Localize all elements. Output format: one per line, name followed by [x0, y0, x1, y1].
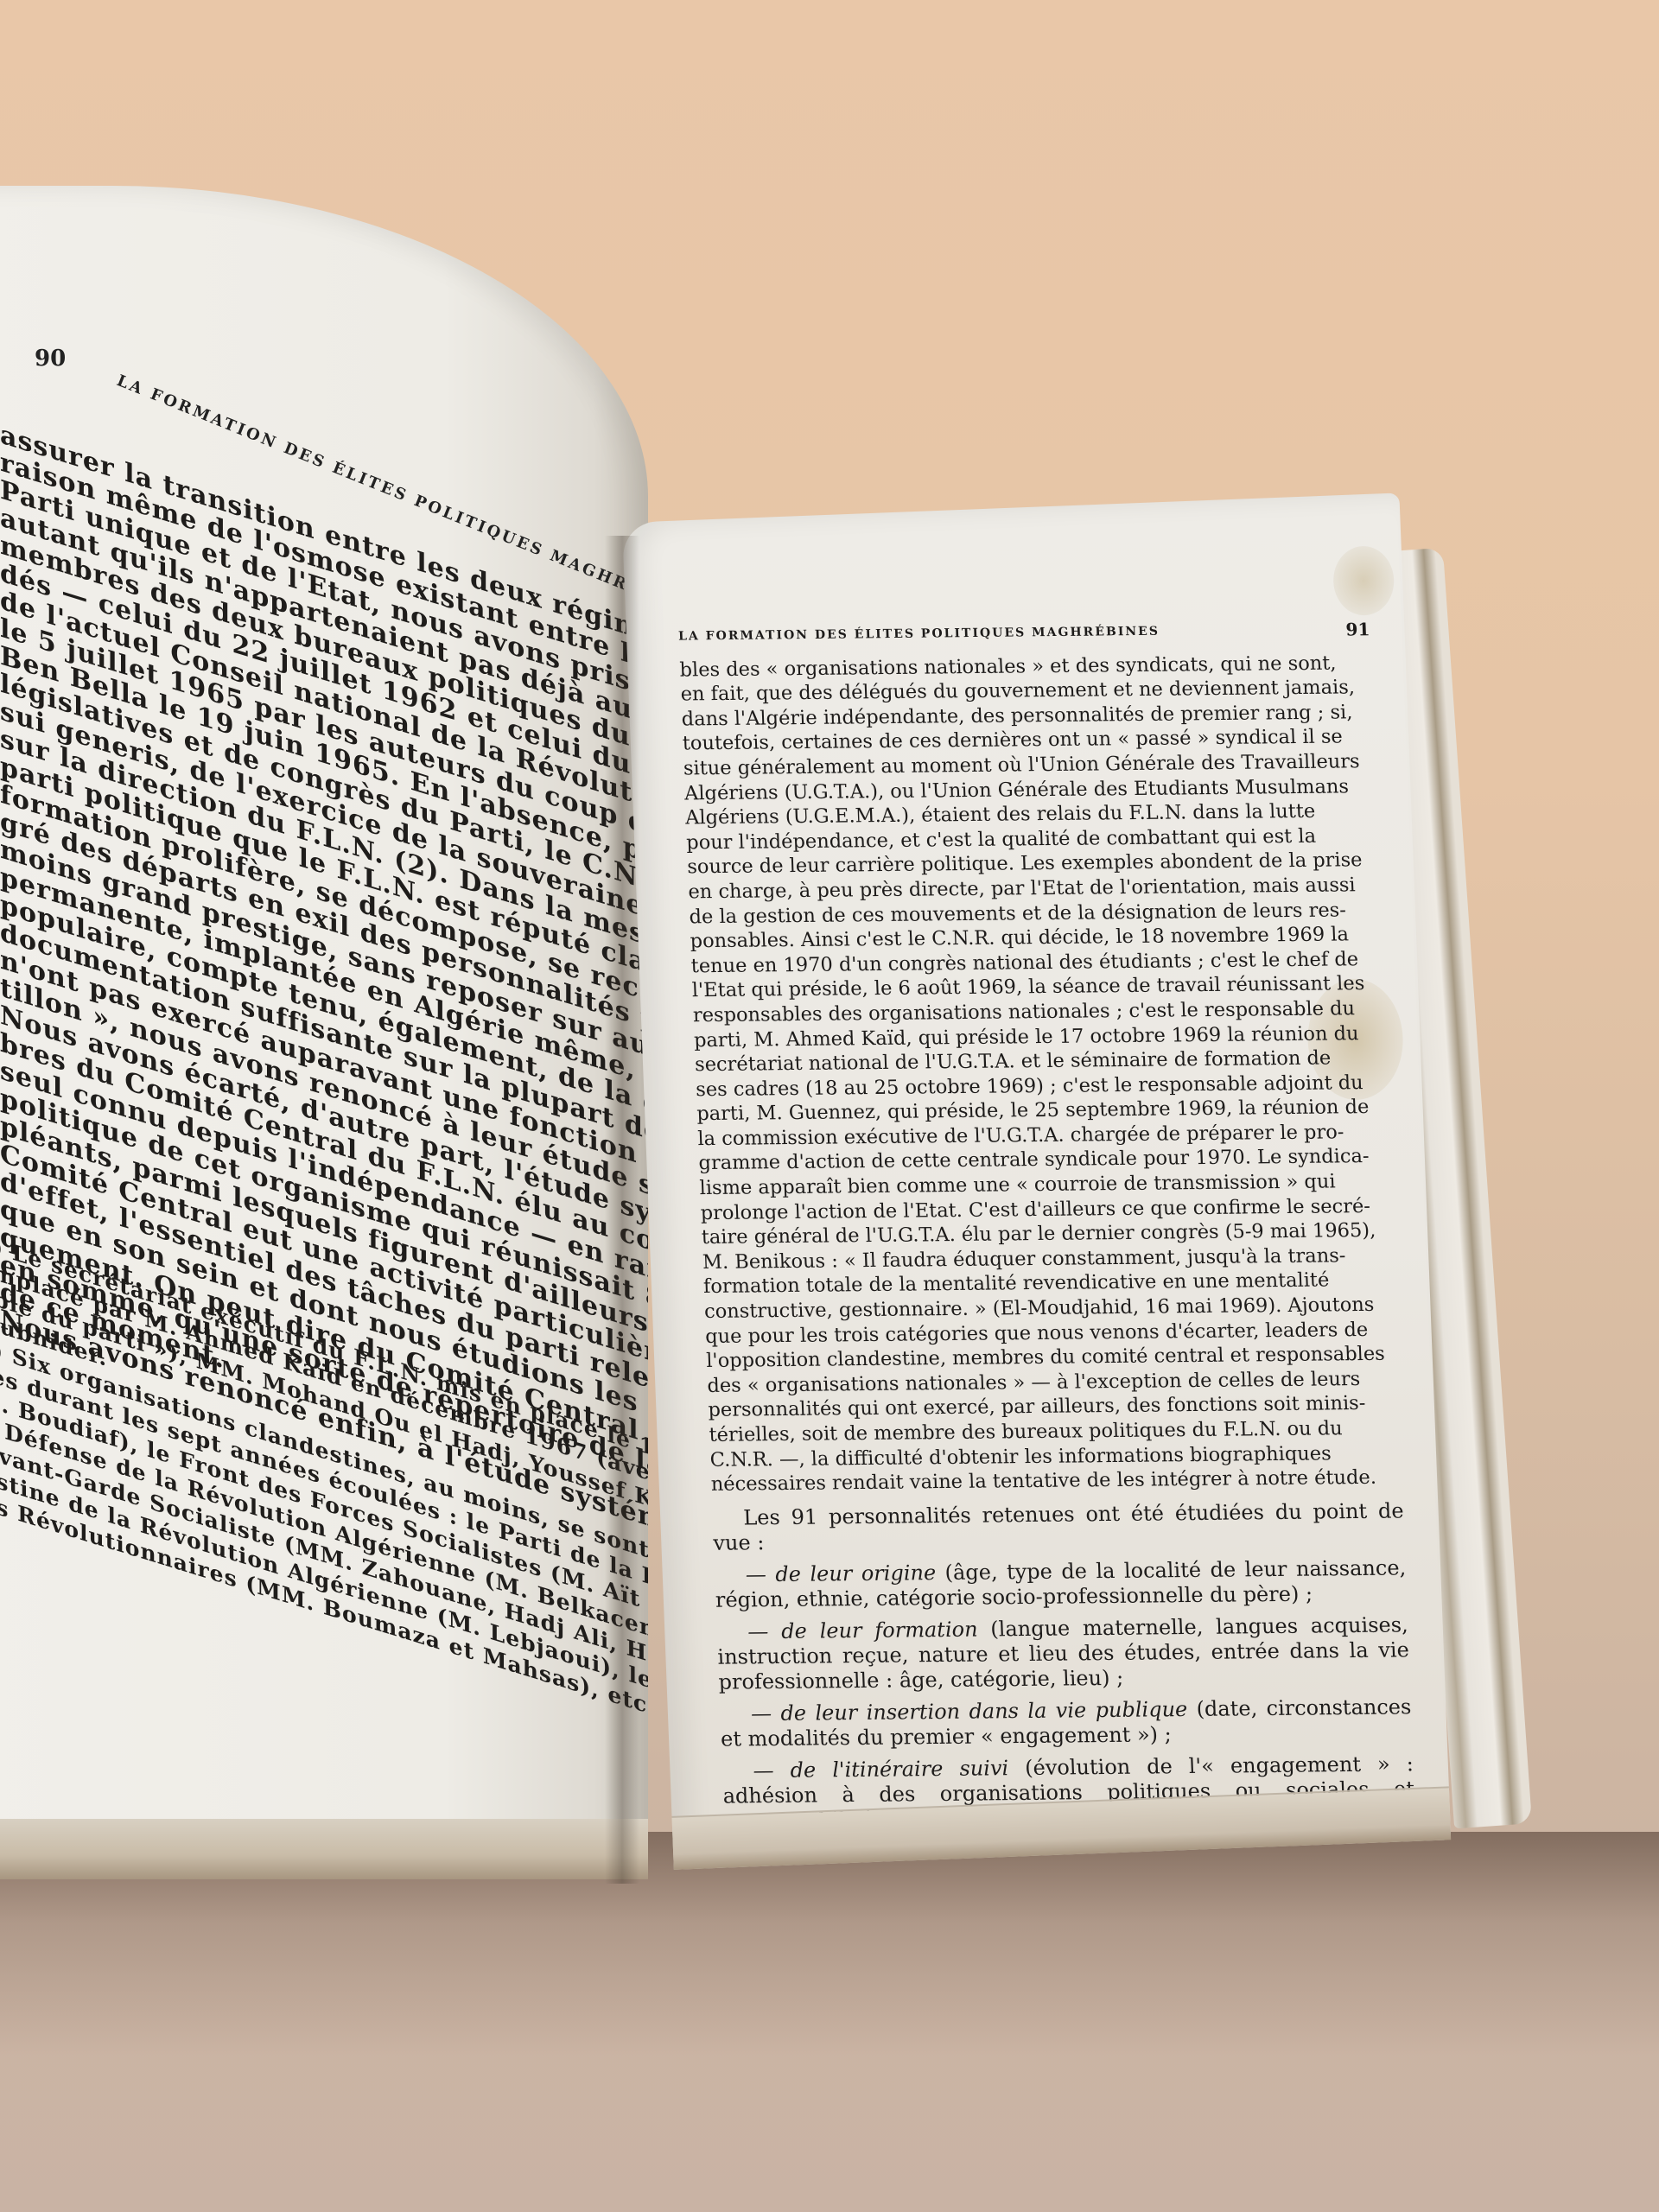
- right-running-head: LA FORMATION DES ÉLITES POLITIQUES MAGHR…: [678, 620, 1160, 649]
- right-page-number: 91: [1345, 617, 1370, 642]
- paragraph: Les 91 personnalités retenues ont été ét…: [712, 1498, 1405, 1555]
- item-label: — de l'itinéraire suivi: [753, 1756, 1009, 1783]
- list-item-formation: — de leur formation (langue maternelle, …: [716, 1612, 1411, 1694]
- left-page: 90 LA FORMATION DES ÉLITES POLITIQUES MA…: [0, 186, 648, 1879]
- water-stain: [1332, 545, 1395, 617]
- book-gutter: [605, 536, 639, 1884]
- item-label: — de leur origine: [745, 1560, 936, 1586]
- left-page-number: 90: [35, 346, 66, 372]
- right-page-text: LA FORMATION DES ÉLITES POLITIQUES MAGHR…: [678, 617, 1416, 1834]
- item-label: — de leur insertion dans la vie publique: [750, 1697, 1187, 1726]
- left-page-edge: [0, 1819, 648, 1879]
- list-item-insertion: — de leur insertion dans la vie publique…: [719, 1694, 1412, 1751]
- item-label: — de leur formation: [747, 1617, 978, 1643]
- right-running-head-row: LA FORMATION DES ÉLITES POLITIQUES MAGHR…: [678, 617, 1370, 649]
- list-item-origin: — de leur origine (âge, type de la local…: [714, 1555, 1407, 1612]
- right-page: LA FORMATION DES ÉLITES POLITIQUES MAGHR…: [622, 493, 1451, 1869]
